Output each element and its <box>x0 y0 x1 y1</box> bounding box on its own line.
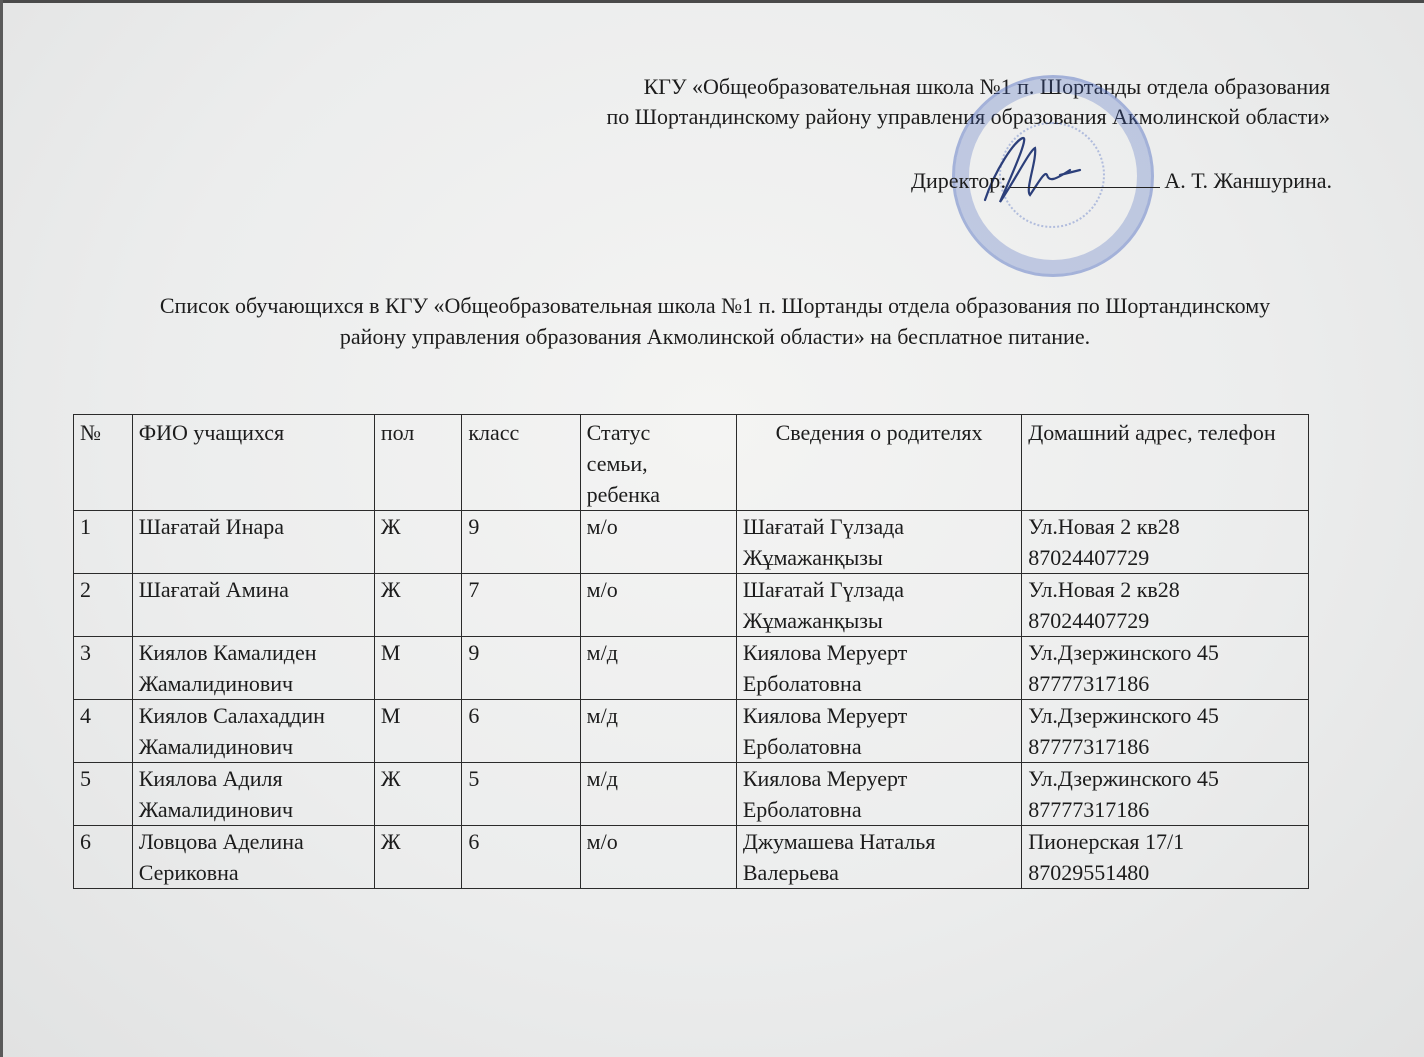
cell-parent: Киялова МеруертЕрболатовна <box>736 763 1021 826</box>
page-edge-top <box>0 0 1424 3</box>
signature-underline <box>1010 186 1160 188</box>
cell-full-name-text: Киялова Адиля <box>139 763 368 794</box>
status-header-line: Статус <box>587 417 730 448</box>
cell-family-status-text: м/о <box>587 574 730 605</box>
cell-number-text: 2 <box>80 574 126 605</box>
col-family-status: Статус семьи, ребенка <box>580 415 736 511</box>
cell-full-name-text: Жамалидинович <box>139 668 368 699</box>
cell-sex: Ж <box>374 826 462 889</box>
cell-full-name-text: Шағатай Амина <box>139 574 368 605</box>
cell-full-name: Киялов СалахаддинЖамалидинович <box>132 700 374 763</box>
status-header-line: ребенка <box>587 479 730 510</box>
cell-sex-text: М <box>381 637 456 668</box>
col-address-phone: Домашний адрес, телефон <box>1022 415 1309 511</box>
cell-family-status: м/о <box>580 826 736 889</box>
col-full-name: ФИО учащихся <box>132 415 374 511</box>
cell-sex-text: М <box>381 700 456 731</box>
cell-family-status-text: м/о <box>587 511 730 542</box>
cell-full-name-text: Жамалидинович <box>139 731 368 762</box>
cell-number-text: 6 <box>80 826 126 857</box>
cell-family-status-text: м/о <box>587 826 730 857</box>
cell-family-status-text: м/д <box>587 637 730 668</box>
cell-grade-text: 7 <box>468 574 573 605</box>
cell-sex-text: Ж <box>381 763 456 794</box>
cell-grade-text: 9 <box>468 511 573 542</box>
cell-number: 3 <box>74 637 133 700</box>
cell-address-phone: Ул.Дзержинского 4587777317186 <box>1022 763 1309 826</box>
cell-parent-text: Шағатай Гүлзада <box>743 511 1015 542</box>
cell-parent-text: Ерболатовна <box>743 731 1015 762</box>
cell-number: 4 <box>74 700 133 763</box>
cell-parent-text: Валерьева <box>743 857 1015 888</box>
cell-full-name: Ловцова АделинаСериковна <box>132 826 374 889</box>
title-line-1: Список обучающихся в КГУ «Общеобразовате… <box>90 290 1340 321</box>
cell-family-status-text: м/д <box>587 763 730 794</box>
cell-number: 6 <box>74 826 133 889</box>
cell-parent-text: Шағатай Гүлзада <box>743 574 1015 605</box>
cell-sex-text: Ж <box>381 511 456 542</box>
cell-full-name: Шағатай Амина <box>132 574 374 637</box>
cell-parent-text: Жұмажанқызы <box>743 605 1015 636</box>
cell-sex-text: Ж <box>381 574 456 605</box>
cell-address-phone-text: 87029551480 <box>1028 857 1302 888</box>
cell-address-phone-text: 87777317186 <box>1028 794 1302 825</box>
cell-full-name-text: Жамалидинович <box>139 794 368 825</box>
cell-grade-text: 6 <box>468 826 573 857</box>
cell-address-phone: Ул.Новая 2 кв2887024407729 <box>1022 511 1309 574</box>
cell-address-phone: Ул.Дзержинского 4587777317186 <box>1022 700 1309 763</box>
cell-grade: 9 <box>462 637 580 700</box>
cell-sex: Ж <box>374 511 462 574</box>
cell-grade: 6 <box>462 700 580 763</box>
cell-parent: Шағатай ГүлзадаЖұмажанқызы <box>736 511 1021 574</box>
title-line-2: району управления образования Акмолинско… <box>90 321 1340 352</box>
cell-grade-text: 5 <box>468 763 573 794</box>
director-label: Директор: <box>911 168 1006 194</box>
cell-number-text: 3 <box>80 637 126 668</box>
cell-address-phone-text: Ул.Дзержинского 45 <box>1028 763 1302 794</box>
cell-parent: Джумашева НатальяВалерьева <box>736 826 1021 889</box>
table-row: 5Киялова АдиляЖамалидиновичЖ5м/дКиялова … <box>74 763 1309 826</box>
col-grade: класс <box>462 415 580 511</box>
cell-address-phone: Ул.Новая 2 кв2887024407729 <box>1022 574 1309 637</box>
cell-grade: 7 <box>462 574 580 637</box>
cell-grade: 5 <box>462 763 580 826</box>
cell-parent: Шағатай ГүлзадаЖұмажанқызы <box>736 574 1021 637</box>
cell-address-phone-text: Ул.Дзержинского 45 <box>1028 637 1302 668</box>
cell-parent-text: Жұмажанқызы <box>743 542 1015 573</box>
scanned-document-page: КГУ «Общеобразовательная школа №1 п. Шор… <box>0 0 1424 1057</box>
table-row: 3Киялов КамалиденЖамалидиновичМ9м/дКияло… <box>74 637 1309 700</box>
cell-parent-text: Ерболатовна <box>743 668 1015 699</box>
cell-grade: 9 <box>462 511 580 574</box>
cell-full-name: Шағатай Инара <box>132 511 374 574</box>
table-header-row: № ФИО учащихся пол класс Статус семьи, р… <box>74 415 1309 511</box>
cell-family-status: м/д <box>580 763 736 826</box>
cell-sex-text: Ж <box>381 826 456 857</box>
col-parents: Сведения о родителях <box>736 415 1021 511</box>
cell-parent-text: Киялова Меруерт <box>743 637 1015 668</box>
cell-address-phone-text: Ул.Дзержинского 45 <box>1028 700 1302 731</box>
cell-number: 2 <box>74 574 133 637</box>
director-signature-line: Директор: А. Т. Жаншурина. <box>911 168 1332 194</box>
cell-full-name-text: Сериковна <box>139 857 368 888</box>
cell-parent-text: Киялова Меруерт <box>743 763 1015 794</box>
cell-full-name: Киялова АдиляЖамалидинович <box>132 763 374 826</box>
cell-number: 1 <box>74 511 133 574</box>
cell-sex: М <box>374 637 462 700</box>
cell-full-name-text: Киялов Салахаддин <box>139 700 368 731</box>
cell-address-phone-text: Ул.Новая 2 кв28 <box>1028 574 1302 605</box>
cell-full-name-text: Киялов Камалиден <box>139 637 368 668</box>
cell-number-text: 5 <box>80 763 126 794</box>
cell-address-phone-text: 87024407729 <box>1028 605 1302 636</box>
cell-address-phone-text: 87777317186 <box>1028 668 1302 699</box>
cell-parent-text: Джумашева Наталья <box>743 826 1015 857</box>
cell-number: 5 <box>74 763 133 826</box>
cell-parent: Киялова МеруертЕрболатовна <box>736 700 1021 763</box>
cell-full-name-text: Ловцова Аделина <box>139 826 368 857</box>
cell-family-status: м/д <box>580 637 736 700</box>
table-row: 6Ловцова АделинаСериковнаЖ6м/оДжумашева … <box>74 826 1309 889</box>
col-sex: пол <box>374 415 462 511</box>
cell-sex: М <box>374 700 462 763</box>
cell-address-phone-text: Пионерская 17/1 <box>1028 826 1302 857</box>
table-row: 1Шағатай ИнараЖ9м/оШағатай ГүлзадаЖұмажа… <box>74 511 1309 574</box>
cell-address-phone-text: Ул.Новая 2 кв28 <box>1028 511 1302 542</box>
students-table: № ФИО учащихся пол класс Статус семьи, р… <box>73 414 1309 889</box>
cell-grade: 6 <box>462 826 580 889</box>
page-edge-left <box>0 0 3 1057</box>
director-name: А. Т. Жаншурина. <box>1164 168 1332 194</box>
org-line-1: КГУ «Общеобразовательная школа №1 п. Шор… <box>607 72 1330 102</box>
cell-parent-text: Ерболатовна <box>743 794 1015 825</box>
cell-family-status: м/д <box>580 700 736 763</box>
cell-address-phone: Пионерская 17/187029551480 <box>1022 826 1309 889</box>
cell-number-text: 4 <box>80 700 126 731</box>
cell-address-phone-text: 87777317186 <box>1028 731 1302 762</box>
document-title: Список обучающихся в КГУ «Общеобразовате… <box>90 290 1340 352</box>
status-header-line: семьи, <box>587 448 730 479</box>
cell-grade-text: 6 <box>468 700 573 731</box>
cell-address-phone: Ул.Дзержинского 4587777317186 <box>1022 637 1309 700</box>
cell-full-name-text: Шағатай Инара <box>139 511 368 542</box>
cell-number-text: 1 <box>80 511 126 542</box>
col-number: № <box>74 415 133 511</box>
cell-grade-text: 9 <box>468 637 573 668</box>
cell-parent: Киялова МеруертЕрболатовна <box>736 637 1021 700</box>
cell-family-status: м/о <box>580 574 736 637</box>
table-row: 2Шағатай АминаЖ7м/оШағатай ГүлзадаЖұмажа… <box>74 574 1309 637</box>
cell-full-name: Киялов КамалиденЖамалидинович <box>132 637 374 700</box>
cell-sex: Ж <box>374 763 462 826</box>
cell-family-status-text: м/д <box>587 700 730 731</box>
cell-parent-text: Киялова Меруерт <box>743 700 1015 731</box>
cell-family-status: м/о <box>580 511 736 574</box>
cell-address-phone-text: 87024407729 <box>1028 542 1302 573</box>
cell-sex: Ж <box>374 574 462 637</box>
table-row: 4Киялов СалахаддинЖамалидиновичМ6м/дКиял… <box>74 700 1309 763</box>
